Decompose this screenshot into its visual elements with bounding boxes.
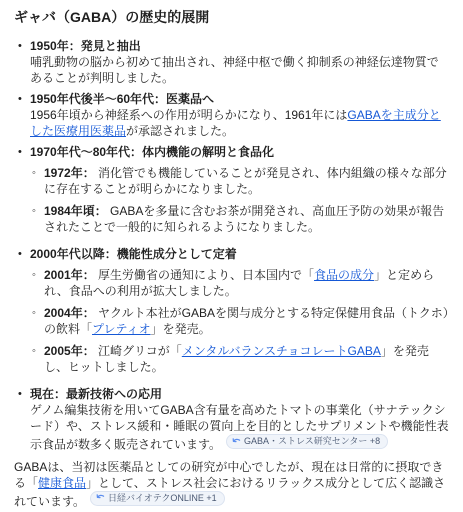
item-content: 1950年代後半～60年代：医薬品へ1956年頃から神経系への作用が明らかになり… bbox=[30, 91, 449, 139]
text-run: 」を発売。 bbox=[151, 322, 211, 336]
inline-link[interactable]: プレティオ bbox=[92, 322, 151, 336]
bullet-disc-icon: • bbox=[14, 386, 30, 453]
date-label: 2001年： bbox=[44, 268, 95, 282]
bullet-disc-icon: • bbox=[14, 144, 30, 241]
item-content: 1970年代～80年代：体内機能の解明と食品化◦1972年： 消化管でも機能して… bbox=[30, 144, 449, 241]
bullet-disc-icon: • bbox=[14, 246, 30, 381]
text-run: が承認されました。 bbox=[126, 124, 234, 138]
bullet-disc-icon: • bbox=[14, 38, 30, 86]
item-content: 2000年代以降：機能性成分として定着◦2001年： 厚生労働省の通知により、日… bbox=[30, 246, 449, 381]
inline-link[interactable]: 食品の成分 bbox=[314, 268, 374, 282]
citation-chip[interactable]: GABA・ストレス研究センター +8 bbox=[226, 434, 388, 449]
bullet-circle-icon: ◦ bbox=[30, 203, 44, 235]
date-label: 2005年： bbox=[44, 344, 95, 358]
text-run: 消化管でも機能していることが発見され、体内組織の様々な部分に存在することが明らか… bbox=[44, 166, 447, 196]
text-run: 江崎グリコが「 bbox=[95, 344, 182, 358]
summary-paragraph: GABAは、当初は医薬品としての研究が中心でしたが、現在は日常的に摂取できる「健… bbox=[14, 459, 449, 510]
item-content: 1950年：発見と抽出哺乳動物の脳から初めて抽出され、神経中枢で働く抑制系の神経… bbox=[30, 38, 449, 86]
text-run: 1956年頃から神経系への作用が明らかになり、1961年には bbox=[30, 108, 347, 122]
bullet-circle-icon: ◦ bbox=[30, 305, 44, 337]
item-header: 現在：最新技術への応用 bbox=[30, 387, 162, 401]
sub-list-item: ◦1984年頃： GABAを多量に含むお茶が開発され、高血圧予防の効果が報告され… bbox=[30, 203, 449, 235]
item-header: 2000年代以降：機能性成分として定着 bbox=[30, 247, 237, 261]
text-run: 厚生労働省の通知により、日本国内で「 bbox=[95, 268, 314, 282]
curved-arrow-icon bbox=[95, 493, 105, 503]
bullet-circle-icon: ◦ bbox=[30, 267, 44, 299]
item-header: 1950年代後半～60年代：医薬品へ bbox=[30, 92, 214, 106]
sub-list: ◦1972年： 消化管でも機能していることが発見され、体内組織の様々な部分に存在… bbox=[30, 165, 449, 235]
text-run: 哺乳動物の脳から初めて抽出され、神経中枢で働く抑制系の神経伝達物質であることが判… bbox=[30, 55, 439, 85]
sub-item-content: 1984年頃： GABAを多量に含むお茶が開発され、高血圧予防の効果が報告された… bbox=[44, 203, 449, 235]
list-item: •1970年代～80年代：体内機能の解明と食品化◦1972年： 消化管でも機能し… bbox=[14, 144, 449, 241]
document: ギャバ（GABA）の歴史的展開 •1950年：発見と抽出哺乳動物の脳から初めて抽… bbox=[0, 0, 463, 509]
date-label: 1972年： bbox=[44, 166, 95, 180]
item-header: 1970年代～80年代：体内機能の解明と食品化 bbox=[30, 145, 274, 159]
sub-item-content: 2001年： 厚生労働省の通知により、日本国内で「食品の成分」と定められ、食品へ… bbox=[44, 267, 449, 299]
sub-list-item: ◦2004年： ヤクルト本社がGABAを関与成分とする特定保健用食品（トクホ）の… bbox=[30, 305, 449, 337]
sub-list: ◦2001年： 厚生労働省の通知により、日本国内で「食品の成分」と定められ、食品… bbox=[30, 267, 449, 375]
sub-list-item: ◦2001年： 厚生労働省の通知により、日本国内で「食品の成分」と定められ、食品… bbox=[30, 267, 449, 299]
inline-link[interactable]: 健康食品 bbox=[38, 476, 86, 490]
sub-item-content: 2005年： 江崎グリコが「メンタルバランスチョコレートGABA」を発売し、ヒッ… bbox=[44, 343, 449, 375]
bullet-circle-icon: ◦ bbox=[30, 165, 44, 197]
list-item: •2000年代以降：機能性成分として定着◦2001年： 厚生労働省の通知により、… bbox=[14, 246, 449, 381]
bullet-disc-icon: • bbox=[14, 91, 30, 139]
date-label: 1984年頃： bbox=[44, 204, 107, 218]
list-item: •1950年：発見と抽出哺乳動物の脳から初めて抽出され、神経中枢で働く抑制系の神… bbox=[14, 38, 449, 86]
date-label: 2004年： bbox=[44, 306, 95, 320]
citation-chip[interactable]: 日経バイオテクONLINE +1 bbox=[90, 491, 225, 506]
history-list: •1950年：発見と抽出哺乳動物の脳から初めて抽出され、神経中枢で働く抑制系の神… bbox=[14, 38, 449, 453]
curved-arrow-icon bbox=[231, 437, 241, 447]
citation-label: 日経バイオテクONLINE +1 bbox=[108, 493, 217, 504]
item-header: 1950年：発見と抽出 bbox=[30, 39, 141, 53]
citation-label: GABA・ストレス研究センター +8 bbox=[244, 436, 380, 447]
sub-item-content: 2004年： ヤクルト本社がGABAを関与成分とする特定保健用食品（トクホ）の飲… bbox=[44, 305, 449, 337]
item-content: 現在：最新技術への応用ゲノム編集技術を用いてGABA含有量を高めたトマトの事業化… bbox=[30, 386, 449, 453]
list-item: •1950年代後半～60年代：医薬品へ1956年頃から神経系への作用が明らかにな… bbox=[14, 91, 449, 139]
bullet-circle-icon: ◦ bbox=[30, 343, 44, 375]
page-title: ギャバ（GABA）の歴史的展開 bbox=[14, 8, 449, 26]
list-item: •現在：最新技術への応用ゲノム編集技術を用いてGABA含有量を高めたトマトの事業… bbox=[14, 386, 449, 453]
inline-link[interactable]: メンタルバランスチョコレートGABA bbox=[182, 344, 381, 358]
sub-list-item: ◦2005年： 江崎グリコが「メンタルバランスチョコレートGABA」を発売し、ヒ… bbox=[30, 343, 449, 375]
sub-item-content: 1972年： 消化管でも機能していることが発見され、体内組織の様々な部分に存在す… bbox=[44, 165, 449, 197]
sub-list-item: ◦1972年： 消化管でも機能していることが発見され、体内組織の様々な部分に存在… bbox=[30, 165, 449, 197]
